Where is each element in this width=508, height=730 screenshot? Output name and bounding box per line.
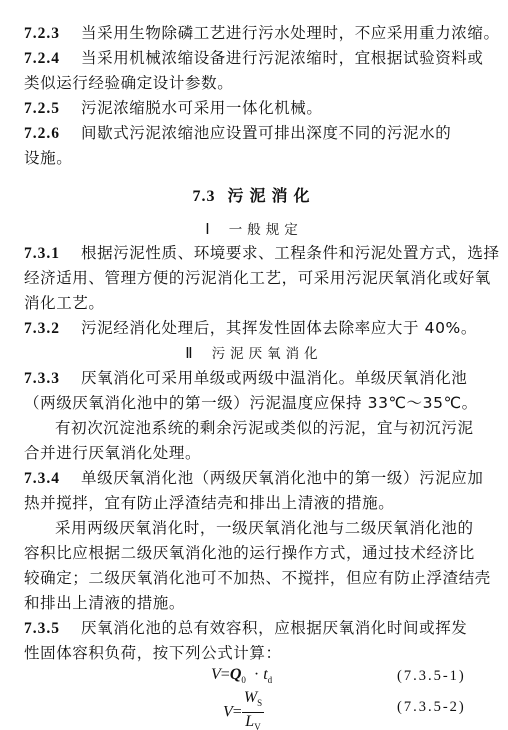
equation-number: (7.3.5-1) <box>397 668 466 685</box>
subsection-heading-2: Ⅱ污泥厌氧消化 <box>0 342 508 363</box>
clause-7-3-5-cont: 性固体容积负荷，按下列公式计算： <box>24 641 484 666</box>
equation-number: (7.3.5-2) <box>397 699 466 716</box>
clause-text: 厌氧消化池的总有效容积，应根据厌氧消化时间或挥发 <box>81 619 467 637</box>
clause-text: 厌氧消化可采用单级或两级中温消化。单级厌氧消化池 <box>81 369 467 387</box>
clause-7-2-4-cont: 类似运行经验确定设计参数。 <box>24 71 484 96</box>
subsection-title: 一般规定 <box>229 222 303 238</box>
clause-text: 设施。 <box>24 149 72 167</box>
clause-text: 和排出上清液的措施。 <box>24 594 185 612</box>
clause-7-3-4: 7.3.4单级厌氧消化池（两级厌氧消化池中的第一级）污泥应加 <box>24 466 484 491</box>
clause-7-2-6: 7.2.6间歇式污泥浓缩池应设置可排出深度不同的污泥水的 <box>24 121 484 146</box>
clause-number: 7.2.6 <box>24 121 81 146</box>
clause-7-3-4-para2-cont: 容积比应根据二级厌氧消化池的运行操作方式，通过技术经济比 <box>24 541 484 566</box>
clause-text: 容积比应根据二级厌氧消化池的运行操作方式，通过技术经济比 <box>24 544 475 562</box>
clause-7-3-4-cont: 热并搅拌，宜有防止浮渣结壳和排出上清液的措施。 <box>24 491 484 516</box>
clause-text: 当采用机械浓缩设备进行污泥浓缩时，宜根据试验资料或 <box>81 49 484 67</box>
formula-var: V <box>211 666 221 683</box>
clause-text: （两级厌氧消化池中的第一级）污泥温度应保持 33℃～35℃。 <box>24 394 478 412</box>
clause-number: 7.2.5 <box>24 96 81 121</box>
clause-7-3-1: 7.3.1根据污泥性质、环境要求、工程条件和污泥处置方式，选择 <box>24 241 484 266</box>
clause-7-2-4: 7.2.4当采用机械浓缩设备进行污泥浓缩时，宜根据试验资料或 <box>24 46 484 71</box>
clause-text: 根据污泥性质、环境要求、工程条件和污泥处置方式，选择 <box>81 244 500 262</box>
section-heading: 7.3污泥消化 <box>0 183 508 206</box>
clause-7-3-2: 7.3.2污泥经消化处理后，其挥发性固体去除率应大于 40%。 <box>24 316 484 341</box>
clause-text: 间歇式污泥浓缩池应设置可排出深度不同的污泥水的 <box>81 124 451 142</box>
clause-number: 7.3.4 <box>24 466 81 491</box>
clause-text: 经济适用、管理方便的污泥消化工艺，可采用污泥厌氧消化或好氧 <box>24 269 491 287</box>
formula-var: V <box>223 704 233 721</box>
clause-text: 合并进行厌氧消化处理。 <box>24 444 201 462</box>
clause-7-3-4-para2: 采用两级厌氧消化时，一级厌氧消化池与二级厌氧消化池的 <box>24 516 508 541</box>
fraction: WS LV <box>242 689 264 730</box>
clause-text: 热并搅拌，宜有防止浮渣结壳和排出上清液的措施。 <box>24 494 394 512</box>
clause-number: 7.3.1 <box>24 241 81 266</box>
subsection-heading-1: Ⅰ一般规定 <box>0 218 508 239</box>
formula-7-3-5-2: V= WS LV <box>223 689 264 730</box>
clause-number: 7.3.3 <box>24 366 81 391</box>
clause-text: 采用两级厌氧消化时，一级厌氧消化池与二级厌氧消化池的 <box>55 519 474 537</box>
formula-var: L <box>245 713 254 730</box>
clause-text: 污泥经消化处理后，其挥发性固体去除率应大于 40%。 <box>81 319 477 337</box>
subsection-roman: Ⅱ <box>185 346 197 362</box>
clause-7-2-5: 7.2.5污泥浓缩脱水可采用一体化机械。 <box>24 96 484 121</box>
formula-var: W <box>244 689 257 706</box>
clause-number: 7.3.2 <box>24 316 81 341</box>
section-number: 7.3 <box>192 188 215 205</box>
formula-sub: 0 <box>241 675 246 685</box>
clause-7-3-4-para2-cont3: 和排出上清液的措施。 <box>24 591 484 616</box>
clause-text: 类似运行经验确定设计参数。 <box>24 74 233 92</box>
clause-7-3-3-para2: 有初次沉淀池系统的剩余污泥或类似的污泥，宜与初沉污泥 <box>24 416 508 441</box>
clause-7-3-3-para2-cont: 合并进行厌氧消化处理。 <box>24 441 484 466</box>
clause-number: 7.2.3 <box>24 21 81 46</box>
clause-number: 7.2.4 <box>24 46 81 71</box>
clause-7-3-3: 7.3.3厌氧消化可采用单级或两级中温消化。单级厌氧消化池 <box>24 366 484 391</box>
clause-text: 单级厌氧消化池（两级厌氧消化池中的第一级）污泥应加 <box>81 469 484 487</box>
clause-number: 7.3.5 <box>24 616 81 641</box>
clause-text: 当采用生物除磷工艺进行污水处理时，不应采用重力浓缩。 <box>81 24 500 42</box>
formula-7-3-5-1: V=Q0 ·td <box>211 666 272 685</box>
clause-7-2-3: 7.2.3当采用生物除磷工艺进行污水处理时，不应采用重力浓缩。 <box>24 21 484 46</box>
clause-text: 有初次沉淀池系统的剩余污泥或类似的污泥，宜与初沉污泥 <box>55 419 474 437</box>
clause-7-3-4-para2-cont2: 较确定；二级厌氧消化池可不加热、不搅拌，但应有防止浮渣结壳 <box>24 566 484 591</box>
document-page: 7.2.3当采用生物除磷工艺进行污水处理时，不应采用重力浓缩。 7.2.4当采用… <box>0 0 508 730</box>
subsection-title: 污泥厌氧消化 <box>212 346 323 362</box>
formula-op: · <box>254 666 259 683</box>
section-title: 污泥消化 <box>227 186 315 205</box>
clause-7-3-5: 7.3.5厌氧消化池的总有效容积，应根据厌氧消化时间或挥发 <box>24 616 484 641</box>
clause-text: 消化工艺。 <box>24 294 105 312</box>
clause-7-2-6-cont: 设施。 <box>24 146 484 171</box>
formula-var: Q <box>230 666 242 683</box>
formula-op: = <box>233 704 242 721</box>
formula-sub: S <box>257 698 262 708</box>
clause-text: 性固体容积负荷，按下列公式计算： <box>24 644 282 662</box>
formula-op: = <box>221 666 230 683</box>
subsection-roman: Ⅰ <box>205 222 214 238</box>
clause-7-3-1-cont2: 消化工艺。 <box>24 291 484 316</box>
clause-7-3-1-cont: 经济适用、管理方便的污泥消化工艺，可采用污泥厌氧消化或好氧 <box>24 266 484 291</box>
clause-7-3-3-cont: （两级厌氧消化池中的第一级）污泥温度应保持 33℃～35℃。 <box>24 391 484 416</box>
clause-text: 较确定；二级厌氧消化池可不加热、不搅拌，但应有防止浮渣结壳 <box>24 569 491 587</box>
formula-sub: V <box>254 722 261 730</box>
formula-sub: d <box>268 675 273 685</box>
clause-text: 污泥浓缩脱水可采用一体化机械。 <box>81 99 323 117</box>
